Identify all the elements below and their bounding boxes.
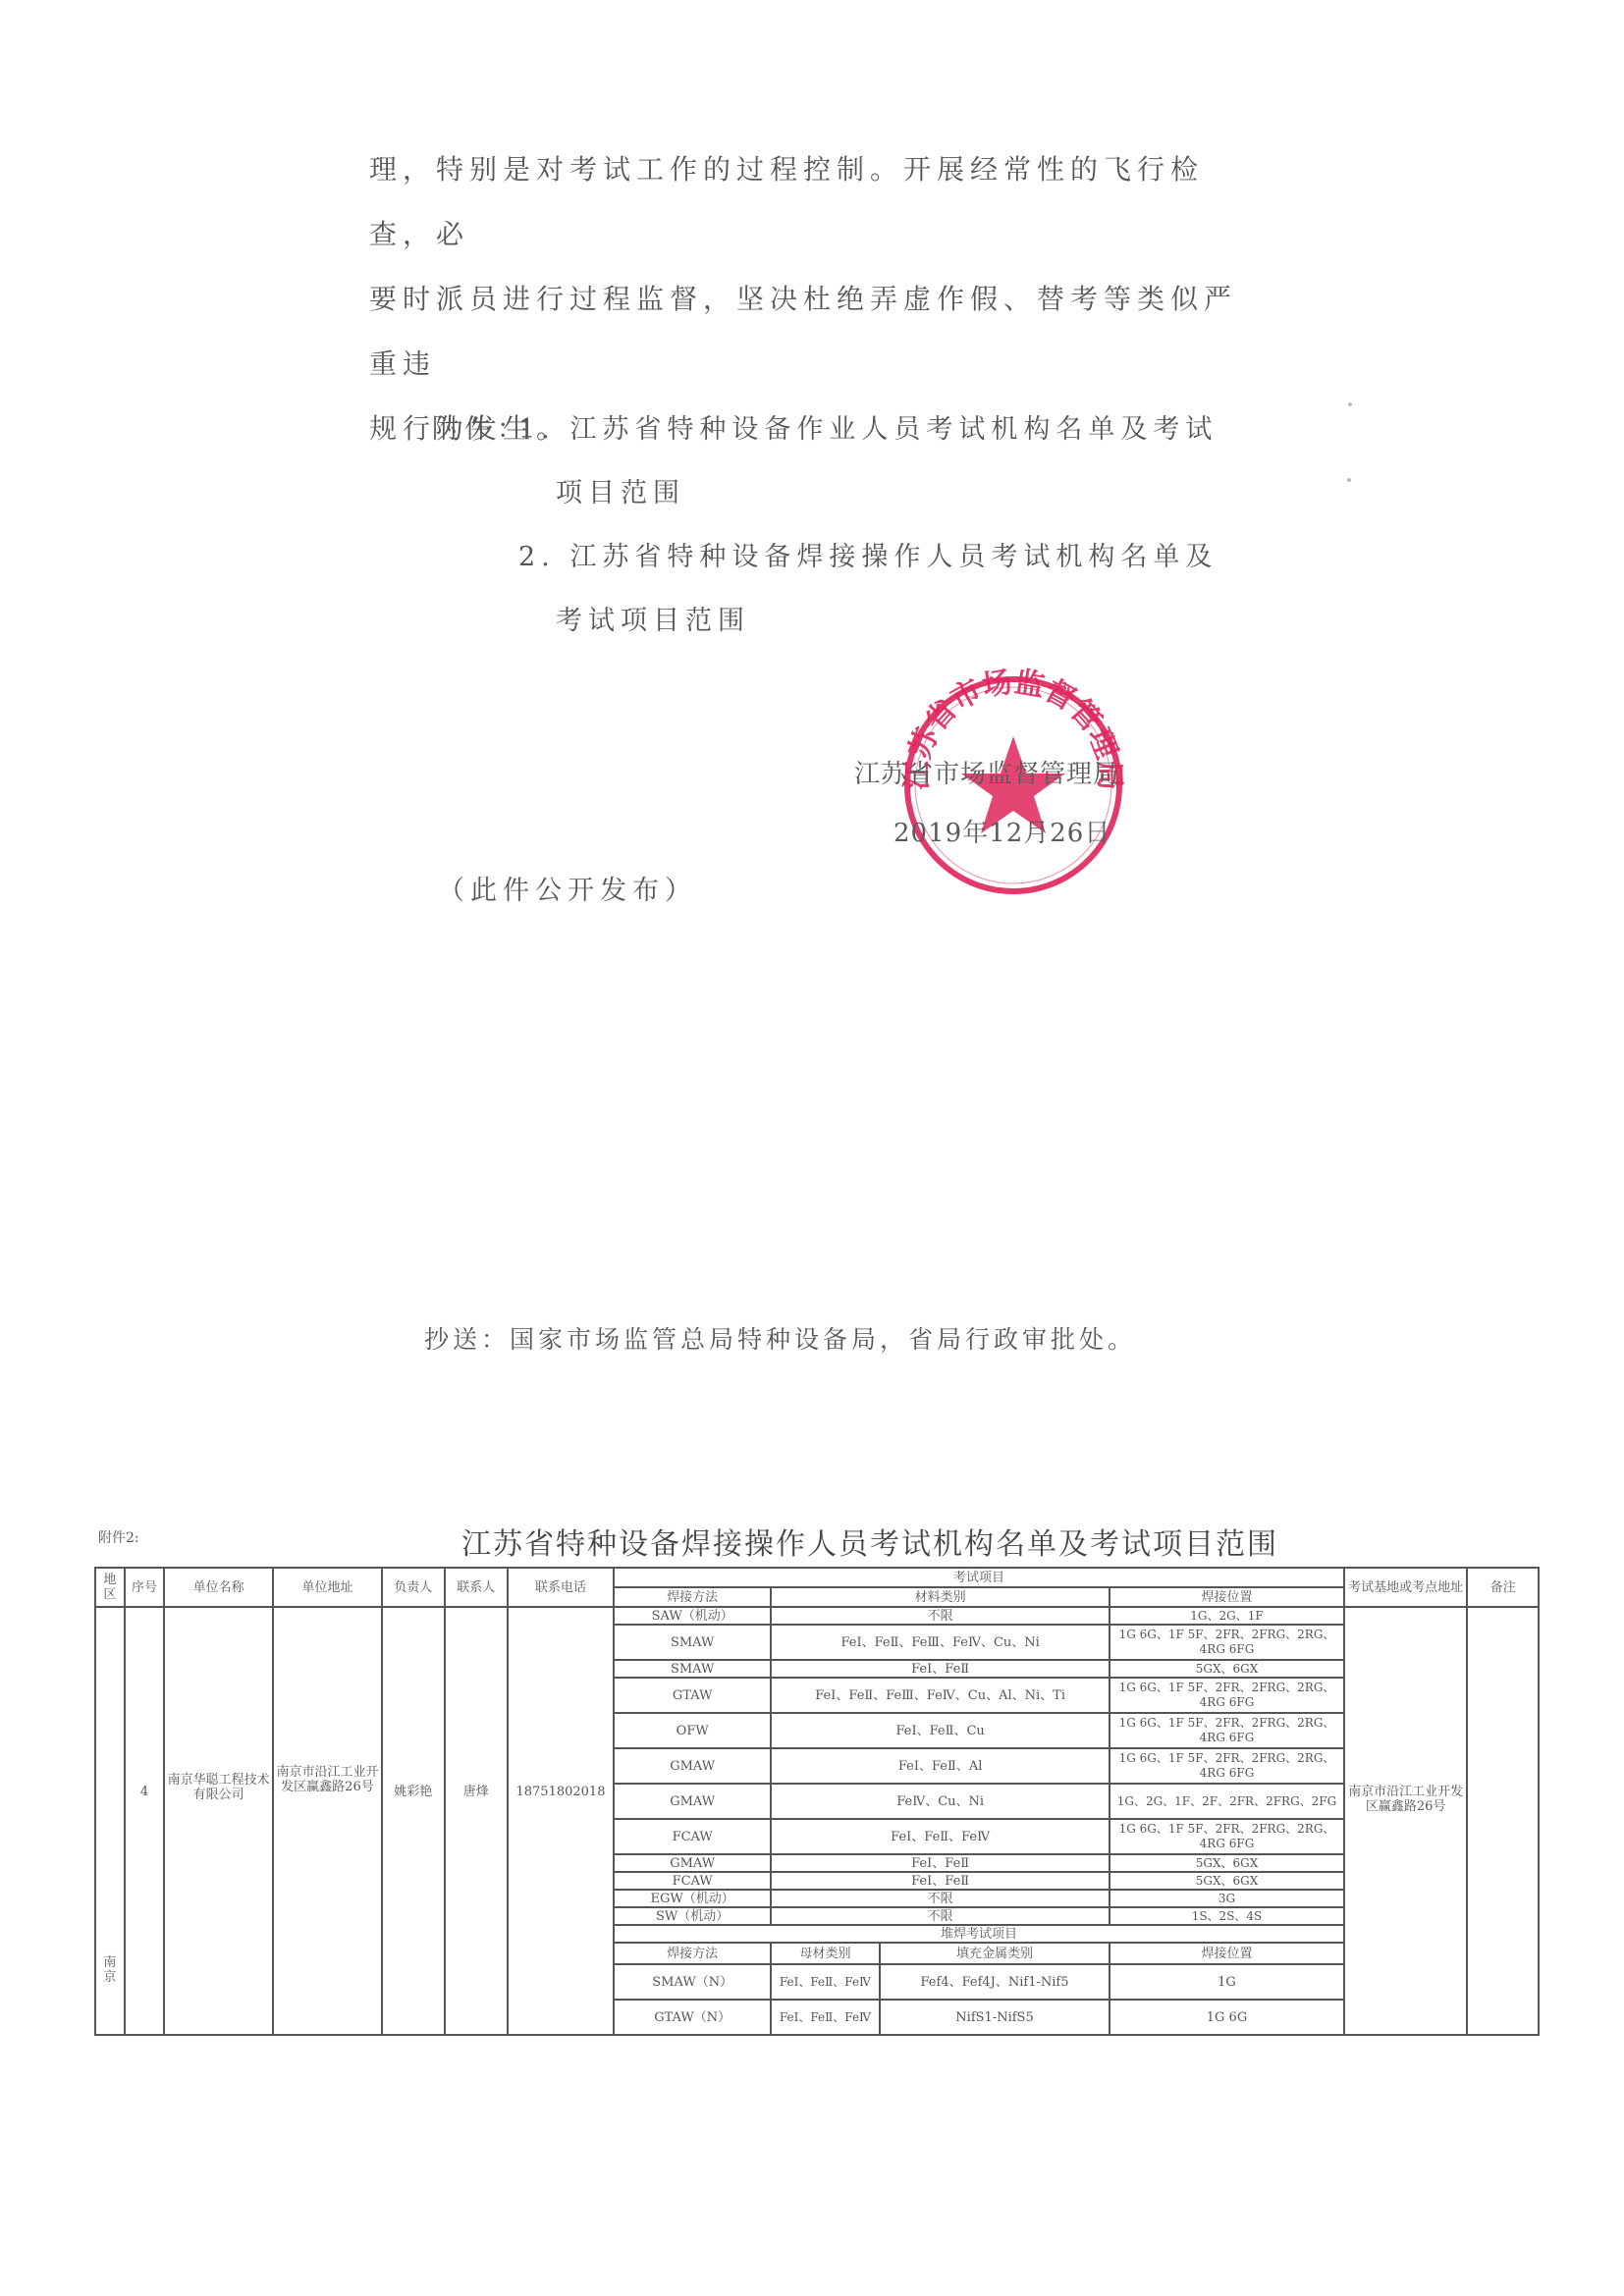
annex-label: 附件2: (98, 1527, 139, 1547)
cc-line: 抄送：国家市场监管总局特种设备局，省局行政审批处。 (424, 1320, 1136, 1356)
attachment-2-line-1: 2. 江苏省特种设备焊接操作人员考试机构名单及 (518, 535, 1218, 573)
weld-method-cell: FCAW (614, 1819, 771, 1854)
header-remarks: 备注 (1467, 1568, 1539, 1607)
principal-cell: 姚彩艳 (382, 1607, 445, 2035)
overlay-filler-cell: Fef4、Fef4J、Nif1-Nif5 (880, 1964, 1110, 2000)
scan-mark (1347, 478, 1351, 482)
weld-position-cell: 1G 6G、1F 5F、2FR、2FRG、2RG、4RG 6FG (1110, 1678, 1344, 1713)
paragraph-line: 理，特别是对考试工作的过程控制。开展经常性的飞行检查，必 (369, 137, 1253, 267)
public-release-notice: （此件公开发布） (438, 869, 697, 907)
scan-mark (1348, 402, 1352, 406)
overlay-position-cell: 1G 6G (1110, 2000, 1344, 2035)
attachments-prefix: 附件： (432, 407, 529, 446)
material-class-cell: FeⅣ、Cu、Ni (771, 1784, 1110, 1819)
exam-site-cell: 南京市沿江工业开发区赢鑫路26号 (1344, 1607, 1468, 2035)
header-principal: 负责人 (382, 1568, 445, 1607)
weld-method-cell: SMAW (614, 1660, 771, 1678)
weld-position-cell: 1G 6G、1F 5F、2FR、2FRG、2RG、4RG 6FG (1110, 1713, 1344, 1748)
material-class-cell: FeⅠ、FeⅡ、Al (771, 1748, 1110, 1784)
weld-position-cell: 3G (1110, 1890, 1344, 1907)
weld-position-cell: 5GX、6GX (1110, 1854, 1344, 1872)
material-class-cell: FeⅠ、FeⅡ (771, 1872, 1110, 1890)
exam-institution-table: 地区 序号 单位名称 单位地址 负责人 联系人 联系电话 考试项目 考试基地或考… (94, 1567, 1540, 2036)
weld-position-cell: 1S、2S、4S (1110, 1907, 1344, 1925)
material-class-cell: FeⅠ、FeⅡ、Cu (771, 1713, 1110, 1748)
contact-cell: 唐烽 (445, 1607, 508, 2035)
overlay-base-cell: FeⅠ、FeⅡ、FeⅣ (771, 2000, 880, 2035)
table-row: 南京4南京华聪工程技术有限公司南京市沿江工业开发区赢鑫路26号姚彩艳唐烽1875… (95, 1607, 1539, 1625)
unit-address-cell: 南京市沿江工业开发区赢鑫路26号 (273, 1607, 382, 2035)
weld-position-cell: 5GX、6GX (1110, 1660, 1344, 1678)
overlay-method-cell: GTAW（N） (614, 2000, 771, 2035)
attachment-2-line-2: 考试项目范围 (556, 599, 750, 637)
overlay-position-cell: 1G (1110, 1964, 1344, 2000)
overlay-method-cell: SMAW（N） (614, 1964, 771, 2000)
overlay-header-base: 母材类别 (771, 1943, 880, 1964)
overlay-base-cell: FeⅠ、FeⅡ、FeⅣ (771, 1964, 880, 2000)
material-class-cell: 不限 (771, 1907, 1110, 1925)
overlay-header-position: 焊接位置 (1110, 1943, 1344, 1964)
weld-method-cell: GMAW (614, 1854, 771, 1872)
header-material-class: 材料类别 (771, 1587, 1110, 1607)
weld-method-cell: GTAW (614, 1678, 771, 1713)
weld-position-cell: 1G 6G、1F 5F、2FR、2FRG、2RG、4RG 6FG (1110, 1819, 1344, 1854)
material-class-cell: 不限 (771, 1607, 1110, 1625)
attachment-1-line-1: 1. 江苏省特种设备作业人员考试机构名单及考试 (518, 407, 1218, 446)
weld-method-cell: SMAW (614, 1625, 771, 1660)
material-class-cell: 不限 (771, 1890, 1110, 1907)
header-region: 地区 (95, 1568, 125, 1607)
header-weld-position: 焊接位置 (1110, 1587, 1344, 1607)
unit-name-cell: 南京华聪工程技术有限公司 (164, 1607, 273, 2035)
weld-position-cell: 1G、2G、1F、2F、2FR、2FRG、2FG (1110, 1784, 1344, 1819)
header-exam-items: 考试项目 (614, 1568, 1344, 1587)
weld-method-cell: EGW（机动） (614, 1890, 771, 1907)
weld-position-cell: 1G 6G、1F 5F、2FR、2FRG、2RG、4RG 6FG (1110, 1748, 1344, 1784)
material-class-cell: FeⅠ、FeⅡ、FeⅢ、FeⅣ、Cu、Al、Ni、Ti (771, 1678, 1110, 1713)
header-phone: 联系电话 (508, 1568, 615, 1607)
attachment-1-line-2: 项目范围 (556, 471, 685, 509)
material-class-cell: FeⅠ、FeⅡ、FeⅣ (771, 1819, 1110, 1854)
paragraph-line: 要时派员进行过程监督，坚决杜绝弄虚作假、替考等类似严重违 (369, 267, 1253, 397)
material-class-cell: FeⅠ、FeⅡ、FeⅢ、FeⅣ、Cu、Ni (771, 1625, 1110, 1660)
weld-method-cell: SW（机动） (614, 1907, 771, 1925)
weld-method-cell: FCAW (614, 1872, 771, 1890)
header-weld-method: 焊接方法 (614, 1587, 771, 1607)
material-class-cell: FeⅠ、FeⅡ (771, 1854, 1110, 1872)
weld-method-cell: GMAW (614, 1748, 771, 1784)
issue-date: 2019年12月26日 (893, 813, 1110, 849)
annex-title: 江苏省特种设备焊接操作人员考试机构名单及考试项目范围 (461, 1520, 1278, 1563)
weld-position-cell: 1G、2G、1F (1110, 1607, 1344, 1625)
header-contact: 联系人 (445, 1568, 508, 1607)
overlay-header-filler: 填充金属类别 (880, 1943, 1110, 1964)
phone-cell: 18751802018 (508, 1607, 615, 2035)
overlay-filler-cell: NifS1-NifS5 (880, 2000, 1110, 2035)
weld-method-cell: SAW（机动） (614, 1607, 771, 1625)
seq-cell: 4 (125, 1607, 164, 2035)
weld-method-cell: GMAW (614, 1784, 771, 1819)
header-unit-name: 单位名称 (164, 1568, 273, 1607)
weld-position-cell: 5GX、6GX (1110, 1872, 1344, 1890)
header-unit-address: 单位地址 (273, 1568, 382, 1607)
header-seq: 序号 (125, 1568, 164, 1607)
weld-method-cell: OFW (614, 1713, 771, 1748)
overlay-section-title: 堆焊考试项目 (614, 1925, 1344, 1943)
weld-position-cell: 1G 6G、1F 5F、2FR、2FRG、2RG、4RG 6FG (1110, 1625, 1344, 1660)
header-exam-site: 考试基地或考点地址 (1344, 1568, 1468, 1607)
issuing-organization: 江苏省市场监督管理局 (854, 754, 1119, 790)
overlay-header-method: 焊接方法 (614, 1943, 771, 1964)
remarks-cell (1467, 1607, 1539, 2035)
material-class-cell: FeⅠ、FeⅡ (771, 1660, 1110, 1678)
region-cell: 南京 (95, 1607, 125, 2035)
